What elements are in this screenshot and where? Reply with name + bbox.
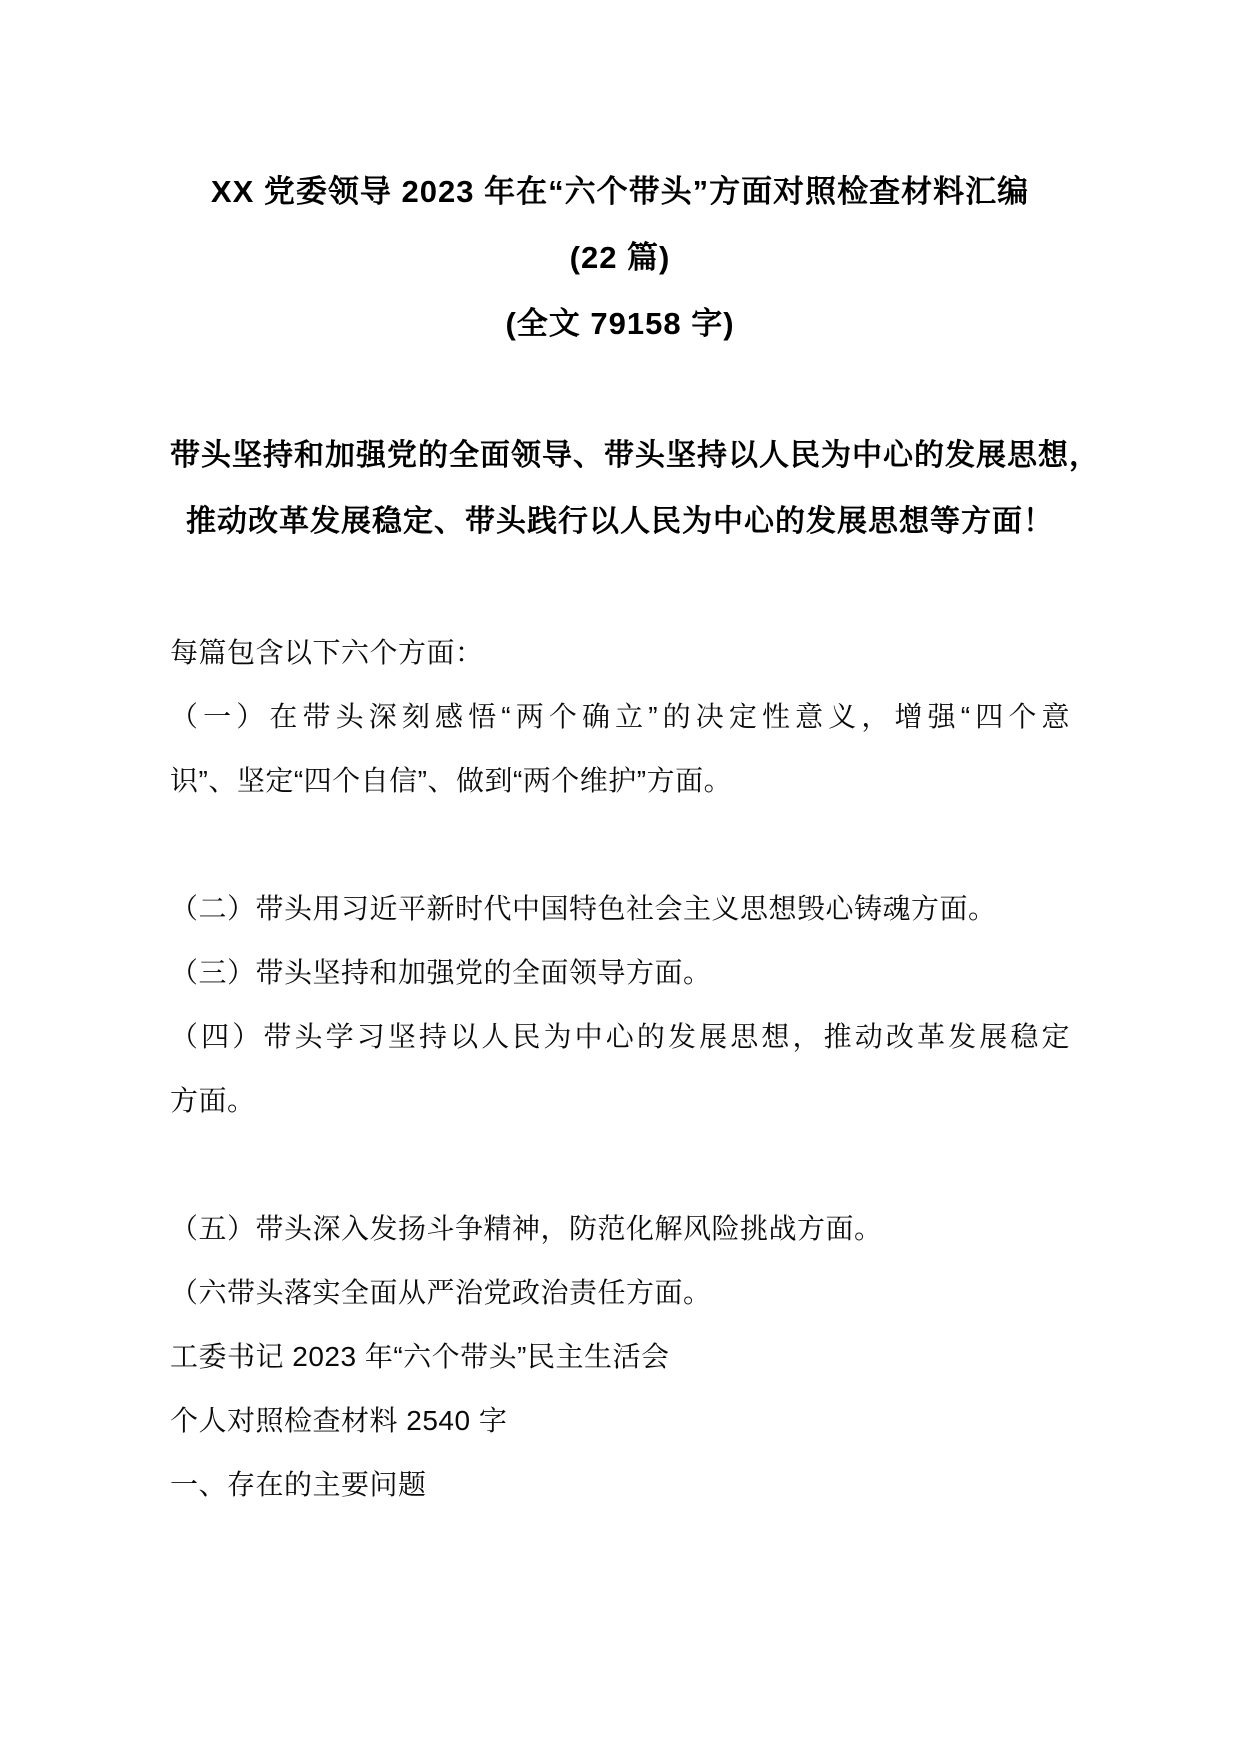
blank-line [170,1133,1070,1197]
body-line: 每篇包含以下六个方面： [170,621,1070,685]
body-line: 识”、坚定“四个自信”、做到“两个维护”方面。 [170,749,1070,813]
body-line: （二）带头用习近平新时代中国特色社会主义思想毁心铸魂方面。 [170,877,1070,941]
document-title: XX 党委领导 2023 年在“六个带头”方面对照检查材料汇编 (22 篇) (… [170,159,1070,357]
body-line: （五）带头深入发扬斗争精神，防范化解风险挑战方面。 [170,1197,1070,1261]
body-line: （四）带头学习坚持以人民为中心的发展思想，推动改革发展稳定 [170,1005,1070,1069]
blank-line [170,357,1070,423]
body-line: 工委书记 2023 年“六个带头”民主生活会 [170,1325,1070,1389]
body-line: （一）在带头深刻感悟“两个确立”的决定性意义，增强“四个意 [170,685,1070,749]
body-line: 一、存在的主要问题 [170,1453,1070,1517]
title-line-1: XX 党委领导 2023 年在“六个带头”方面对照检查材料汇编 [170,159,1070,225]
subtitle-line-2: 推动改革发展稳定、带头践行以人民为中心的发展思想等方面！ [170,489,1070,555]
body-line: 方面。 [170,1069,1070,1133]
document-body: 每篇包含以下六个方面： （一）在带头深刻感悟“两个确立”的决定性意义，增强“四个… [170,621,1070,1517]
body-line: （六带头落实全面从严治党政治责任方面。 [170,1261,1070,1325]
blank-line [170,813,1070,877]
body-line: （三）带头坚持和加强党的全面领导方面。 [170,941,1070,1005]
blank-line [170,555,1070,621]
body-line: 个人对照检查材料 2540 字 [170,1389,1070,1453]
subtitle-line-1: 带头坚持和加强党的全面领导、带头坚持以人民为中心的发展思想， [170,423,1070,489]
title-line-3: (全文 79158 字) [170,291,1070,357]
title-line-2: (22 篇) [170,225,1070,291]
document-subtitle: 带头坚持和加强党的全面领导、带头坚持以人民为中心的发展思想， 推动改革发展稳定、… [170,423,1070,555]
document-page: XX 党委领导 2023 年在“六个带头”方面对照检查材料汇编 (22 篇) (… [0,0,1240,1754]
